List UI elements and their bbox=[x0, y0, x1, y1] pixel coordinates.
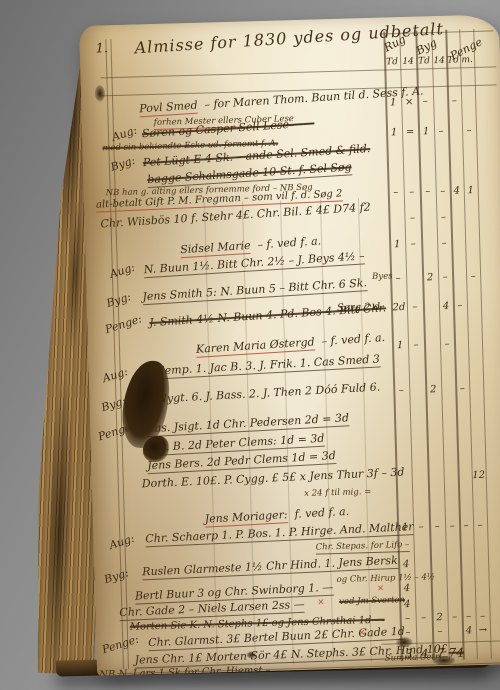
grid-cell: 1 bbox=[397, 522, 413, 533]
grid-cell: – bbox=[462, 125, 476, 136]
grid-cell bbox=[441, 384, 455, 395]
margin-label-aug: Aug: bbox=[110, 124, 139, 144]
grid-cell: – bbox=[416, 612, 432, 623]
grid-cell: – bbox=[404, 187, 420, 198]
grid-cell: – bbox=[447, 95, 461, 106]
grid-cell: – bbox=[436, 186, 450, 197]
grid-cell: – bbox=[420, 186, 436, 197]
grid-cell bbox=[447, 598, 461, 609]
grid-cell: 1 bbox=[418, 126, 434, 137]
grid-cell: 1 bbox=[392, 340, 408, 351]
grid-cell bbox=[464, 211, 478, 222]
ledger-line: ved Jm Sverten bbox=[339, 595, 405, 607]
grid-cell: – bbox=[432, 626, 448, 637]
grid-cell: – bbox=[407, 301, 423, 312]
grid-cell bbox=[467, 300, 481, 311]
grid-cell: 12 bbox=[472, 470, 486, 481]
margin-label-aug: Aug: bbox=[108, 532, 137, 552]
grid-cell bbox=[388, 213, 404, 224]
sum-cell: 4 bbox=[416, 646, 432, 660]
column-unit: Td bbox=[416, 56, 432, 66]
ledger-line: Chr. Stepas. for Lifo – bbox=[316, 540, 410, 555]
ledger-line: N. Buun 1½. Bitt Chr. 2½ – J. Beys 4½ – bbox=[143, 249, 365, 278]
grid-cell: – bbox=[390, 273, 406, 284]
grid-cell bbox=[461, 581, 475, 592]
recipient-name: Jens Moriager: bbox=[204, 508, 288, 527]
grid-cell: – bbox=[445, 521, 459, 532]
grid-cell bbox=[461, 95, 475, 106]
recipient-name: Povl Smed bbox=[139, 99, 198, 118]
column-unit: Td bbox=[384, 57, 400, 67]
grid-cell bbox=[415, 582, 431, 593]
grid-cell bbox=[475, 597, 489, 608]
grid-cell: 1 bbox=[386, 127, 402, 138]
grid-cell: – bbox=[473, 520, 487, 531]
ledger-page: 1. Almisse for 1830 ydes og udbetalt Rug… bbox=[79, 14, 500, 675]
grid-cell: 1 bbox=[464, 185, 478, 196]
grid-cell: 2 bbox=[425, 384, 441, 395]
ledger-line: N. Nygt. 6. J. Bass. 2. J. Then 2 Dóó Fu… bbox=[141, 380, 380, 406]
grid-cell bbox=[461, 597, 475, 608]
grid-cell bbox=[444, 471, 458, 482]
red-cross-mark: × bbox=[358, 628, 366, 638]
grid-cell bbox=[412, 471, 428, 482]
grid-cell: – bbox=[438, 272, 452, 283]
grid-cell bbox=[465, 237, 479, 248]
grid-cell: – bbox=[388, 187, 404, 198]
ledger-line: Jens Smith 5: N. Buun 5 – Bitt Chr. 6 Sk… bbox=[142, 276, 367, 305]
grid-cell: – bbox=[437, 238, 451, 249]
bleed-through-rule bbox=[358, 198, 372, 662]
grid-cell bbox=[458, 470, 472, 481]
grid-cell bbox=[431, 582, 447, 593]
ledger-line: NB N. Lars 1 Sk for Chr. Hiemst – bbox=[99, 665, 271, 676]
grid-cell: = bbox=[402, 127, 418, 138]
grid-cell: 1 bbox=[389, 239, 405, 250]
grid-cell: – bbox=[455, 383, 469, 394]
grid-cell: 2 bbox=[422, 272, 438, 283]
grid-cell: 4 bbox=[450, 185, 464, 196]
grid-cell bbox=[475, 581, 489, 592]
grid-cell: – bbox=[417, 96, 433, 107]
grid-cell bbox=[431, 598, 447, 609]
grid-cell bbox=[452, 271, 466, 282]
grid-cell bbox=[460, 557, 474, 568]
grid-cell bbox=[468, 338, 482, 349]
grid-cell: × bbox=[401, 97, 417, 108]
column-unit: 14 bbox=[400, 57, 416, 67]
grid-cell bbox=[448, 626, 462, 637]
grid-cell bbox=[423, 301, 439, 312]
grid-cell: – bbox=[404, 213, 420, 224]
grid-cell: – bbox=[462, 611, 476, 622]
grid-cell: – bbox=[440, 339, 454, 350]
grid-cell bbox=[420, 212, 436, 223]
grid-cell: – bbox=[466, 271, 480, 282]
grid-cell bbox=[406, 273, 422, 284]
grid-cell bbox=[430, 558, 446, 569]
grid-cell: – bbox=[448, 612, 462, 623]
grid-cell bbox=[424, 339, 440, 350]
column-spill-text: Sørg 2 d bbox=[337, 302, 380, 314]
grid-cell: – bbox=[453, 300, 467, 311]
grid-cell: 1 bbox=[385, 97, 401, 108]
grid-cell: – bbox=[476, 611, 490, 622]
grid-cell bbox=[447, 582, 461, 593]
grid-cell bbox=[409, 384, 425, 395]
recipient-name: Sidsel Marie bbox=[180, 239, 251, 258]
grid-cell bbox=[416, 626, 432, 637]
grid-cell: 2 bbox=[432, 612, 448, 623]
grid-cell bbox=[469, 383, 483, 394]
recipient-name: Karen Maria Østergd bbox=[196, 335, 315, 357]
header-rule bbox=[100, 66, 496, 78]
grid-cell bbox=[421, 238, 437, 249]
heading-note: – f. ved f. a. bbox=[257, 234, 321, 251]
red-cross-mark: × bbox=[317, 597, 325, 607]
photo-backdrop: 1. Almisse for 1830 ydes og udbetalt Rug… bbox=[0, 0, 500, 690]
ledger-line: x 24 f til mig. = bbox=[304, 487, 371, 499]
heading-note: – f. ved f. a. bbox=[321, 331, 385, 348]
grid-cell: 4 bbox=[399, 583, 415, 594]
grid-cell bbox=[474, 557, 488, 568]
ink-stain bbox=[95, 85, 105, 101]
grid-cell bbox=[451, 237, 465, 248]
grid-cell: – bbox=[400, 613, 416, 624]
grid-cell: 2d bbox=[391, 302, 407, 313]
ledger-line: P. Clemp. 1. Jac B. 3. J. Frik. 1. Cas S… bbox=[140, 352, 380, 380]
column-unit: Td bbox=[446, 55, 460, 65]
page-number-mark: 1. bbox=[95, 41, 108, 56]
red-cross-mark: × bbox=[377, 584, 385, 594]
grid-cell: – bbox=[459, 520, 473, 531]
margin-label-penge: Penge: bbox=[104, 312, 144, 336]
grid-cell: 4 bbox=[439, 301, 453, 312]
grid-cell: – bbox=[434, 126, 448, 137]
grid-cell: → bbox=[476, 625, 490, 636]
heading-note: f. ved f. a. bbox=[294, 505, 349, 521]
grid-cell: – bbox=[436, 212, 450, 223]
grid-cell bbox=[454, 338, 468, 349]
grid-cell bbox=[433, 96, 447, 107]
grid-cell: 4 bbox=[398, 559, 414, 570]
grid-cell bbox=[414, 558, 430, 569]
grid-cell: – bbox=[429, 521, 445, 532]
grid-cell bbox=[415, 598, 431, 609]
grid-cell bbox=[396, 472, 412, 483]
column-unit: m. bbox=[460, 55, 474, 65]
column-unit: 14 bbox=[432, 56, 446, 66]
grid-cell: 4 bbox=[462, 625, 476, 636]
grid-cell: 4 bbox=[399, 599, 415, 610]
grid-cell bbox=[446, 558, 460, 569]
grid-cell: – bbox=[393, 385, 409, 396]
sum-cell: 3 bbox=[400, 647, 416, 661]
grid-cell bbox=[450, 211, 464, 222]
grid-cell: – bbox=[413, 521, 429, 532]
grid-cell bbox=[448, 125, 462, 136]
grid-cell: – bbox=[408, 339, 424, 350]
grid-cell bbox=[428, 471, 444, 482]
grid-cell: – bbox=[405, 239, 421, 250]
